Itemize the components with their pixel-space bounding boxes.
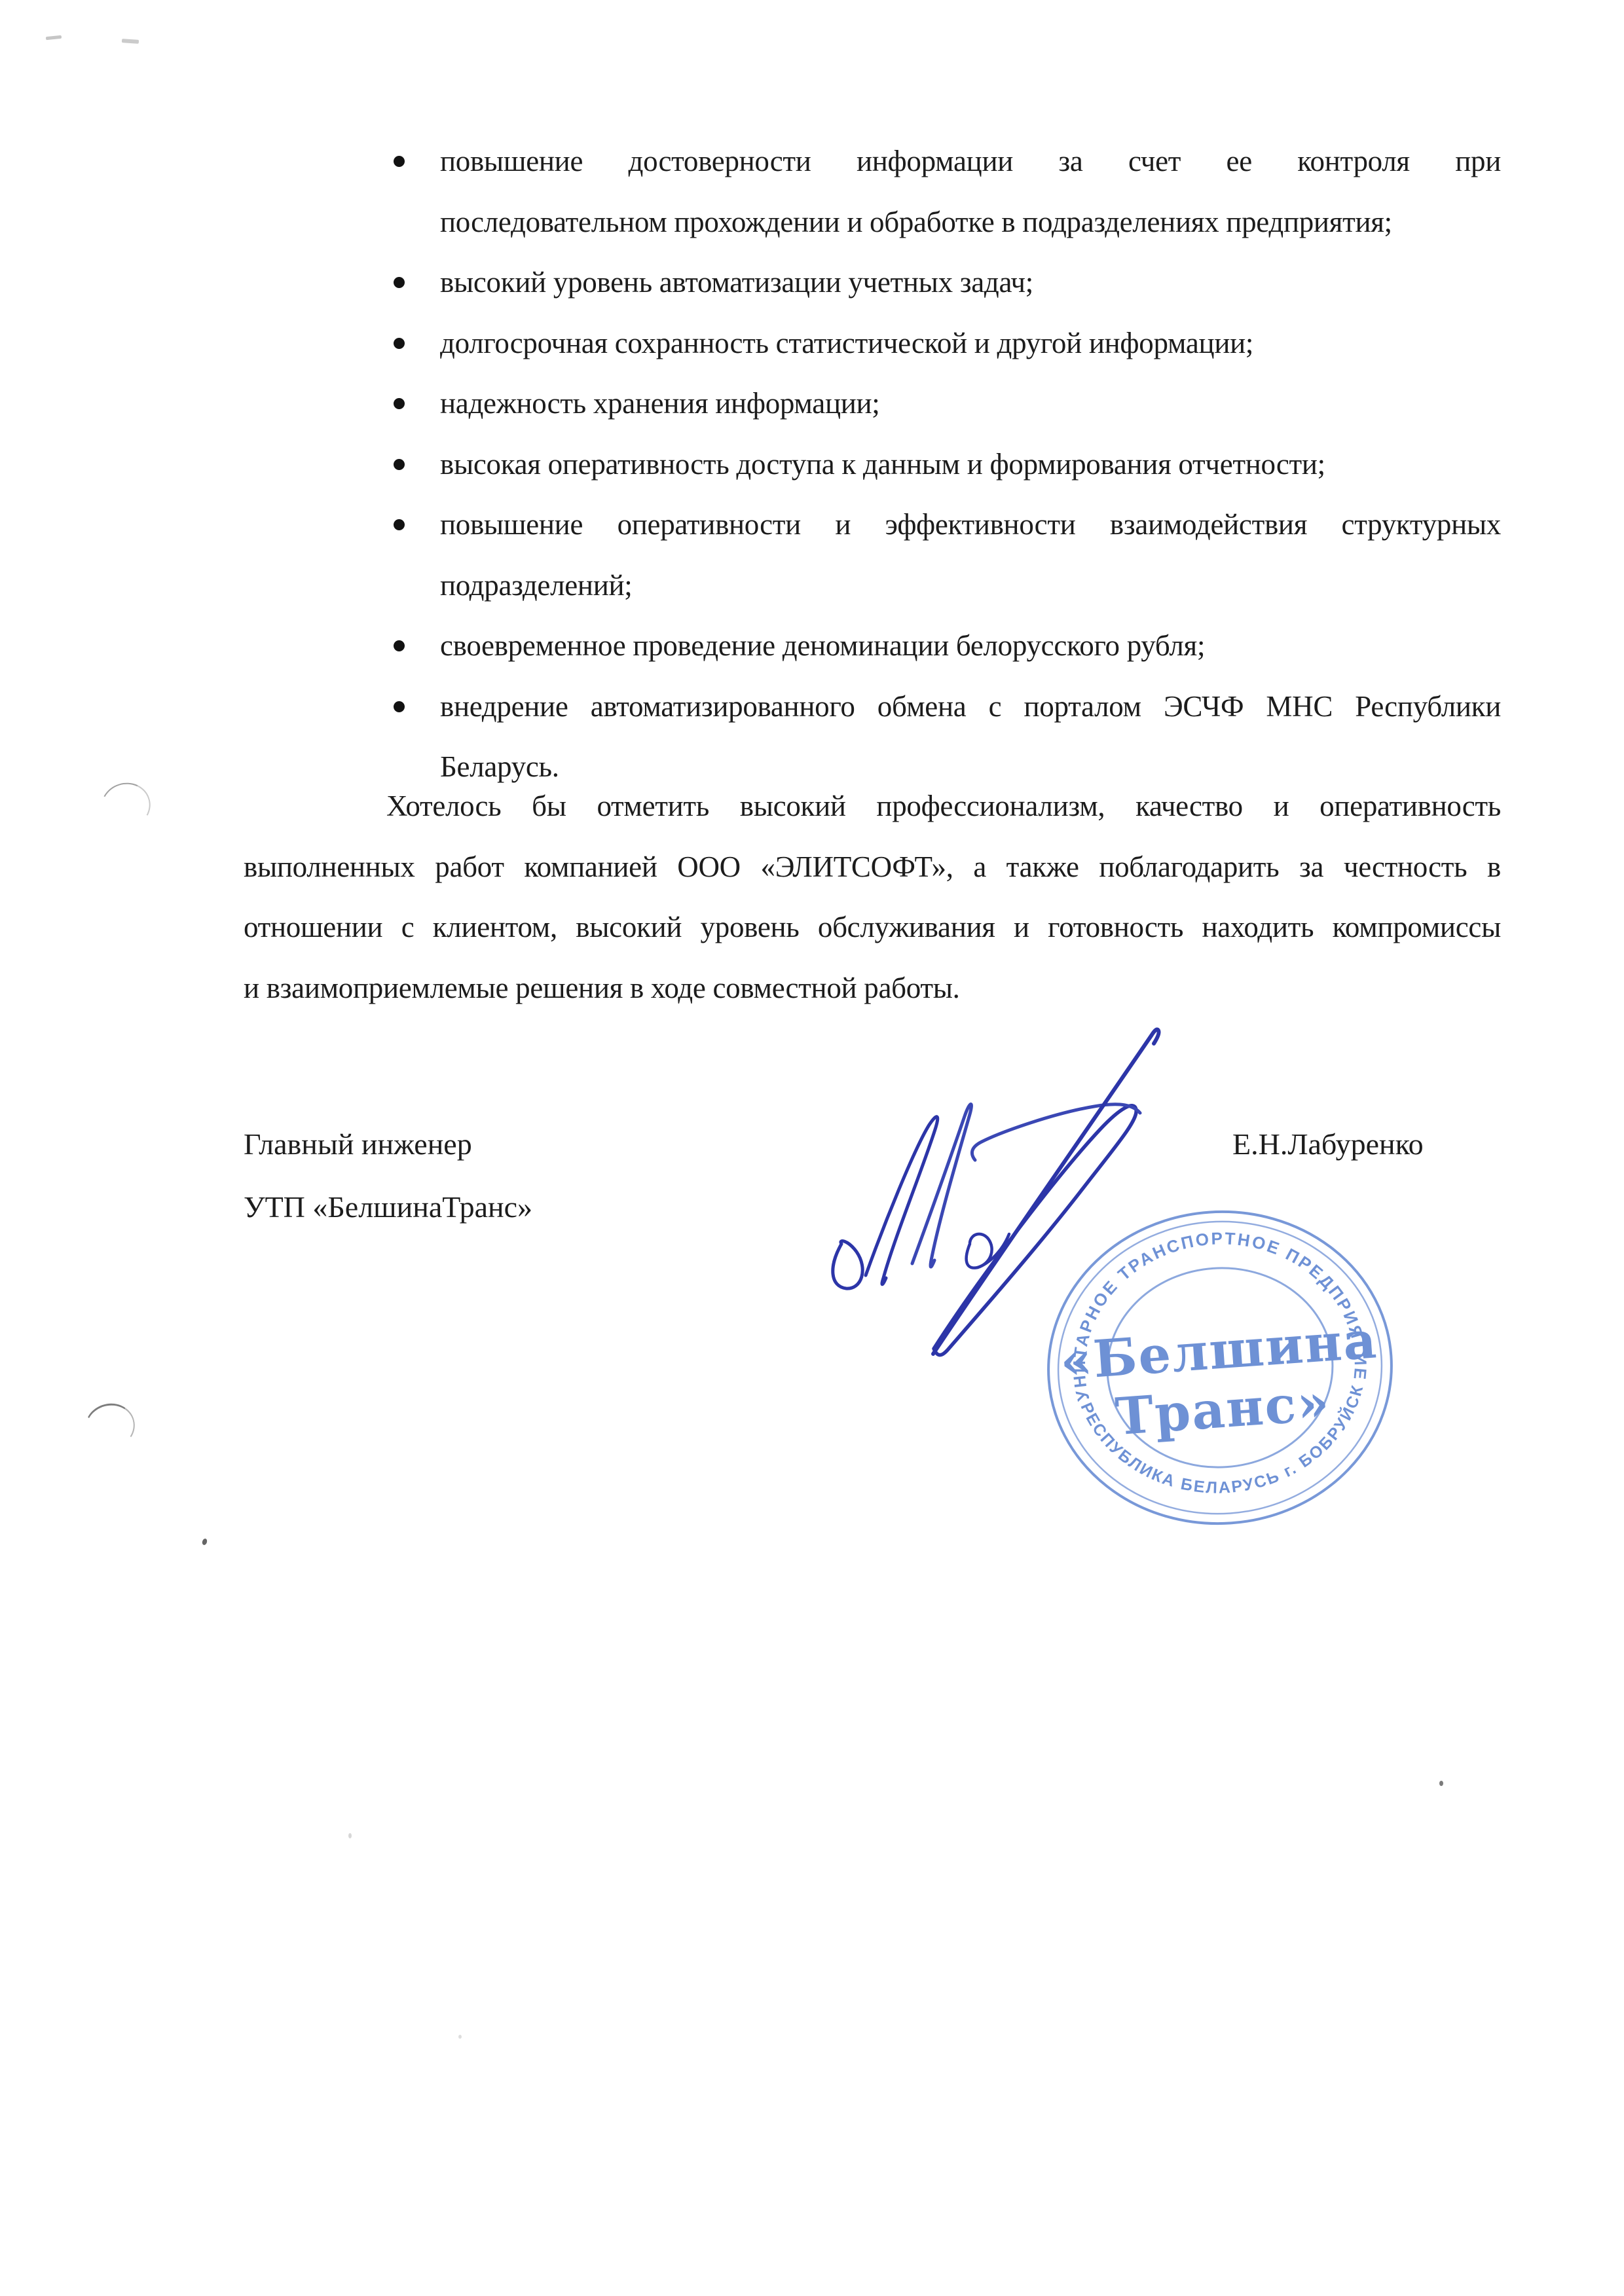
signature-stroke: [912, 1104, 971, 1267]
bullet-item: своевременное проведение деноминации бел…: [440, 615, 1501, 676]
bullet-line: внедрение автоматизированного обмена с п…: [440, 676, 1501, 737]
bullet-line: надежность хранения информации;: [440, 373, 1501, 434]
benefits-bullet-list: повышение достоверности информации за сч…: [440, 131, 1501, 797]
scan-artifact-speck: [348, 1833, 352, 1838]
bullet-item: высокий уровень автоматизации учетных за…: [440, 252, 1501, 313]
bullet-item: надежность хранения информации;: [440, 373, 1501, 434]
bullet-line: подразделений;: [440, 555, 1501, 616]
signature-stroke: [866, 1117, 938, 1285]
bullet-line: своевременное проведение деноминации бел…: [440, 615, 1501, 676]
closing-paragraph: Хотелось бы отметить высокий профессиона…: [244, 776, 1501, 1018]
handwritten-signature: [805, 1000, 1211, 1403]
scanned-letter-page: повышение достоверности информации за сч…: [0, 0, 1624, 2296]
paragraph-line: выполненных работ компанией ООО «ЭЛИТСОФ…: [244, 837, 1501, 898]
bullet-line: повышение оперативности и эффективности …: [440, 494, 1501, 555]
bullet-item: повышение достоверности информации за сч…: [440, 131, 1501, 252]
paragraph-line: отношении с клиентом, высокий уровень об…: [244, 897, 1501, 958]
signer-name: Е.Н.Лабуренко: [1232, 1113, 1424, 1176]
scan-artifact-dash: [122, 39, 139, 44]
signer-company-line: УТП «БелшинаТранс»: [244, 1176, 532, 1239]
scan-artifact-speck: [458, 2035, 462, 2039]
bullet-item: высокая оперативность доступа к данным и…: [440, 434, 1501, 495]
signature-stroke: [933, 1029, 1159, 1354]
scan-artifact-arc: [81, 1398, 139, 1454]
paragraph-line: Хотелось бы отметить высокий профессиона…: [244, 776, 1501, 837]
bullet-line: высокий уровень автоматизации учетных за…: [440, 252, 1501, 313]
scan-artifact-speck: [1439, 1781, 1443, 1786]
bullet-line: высокая оперативность доступа к данным и…: [440, 434, 1501, 495]
bullet-item: долгосрочная сохранность статистической …: [440, 313, 1501, 374]
signer-position-line: Главный инженер: [244, 1113, 532, 1176]
scan-artifact-dash: [46, 35, 62, 40]
bullet-line: долгосрочная сохранность статистической …: [440, 313, 1501, 374]
signature-stroke: [833, 1241, 862, 1289]
signer-position-block: Главный инженер УТП «БелшинаТранс»: [244, 1113, 532, 1239]
scan-artifact-speck: [202, 1538, 208, 1546]
bullet-item: повышение оперативности и эффективности …: [440, 494, 1501, 615]
scan-artifact-arc: [95, 776, 157, 835]
signature-strokes: [833, 1029, 1159, 1355]
bullet-line: повышение достоверности информации за сч…: [440, 131, 1501, 192]
signature-stroke: [934, 1106, 1136, 1355]
bullet-line: последовательном прохождении и обработке…: [440, 192, 1501, 253]
signature-stroke: [972, 1104, 1140, 1160]
